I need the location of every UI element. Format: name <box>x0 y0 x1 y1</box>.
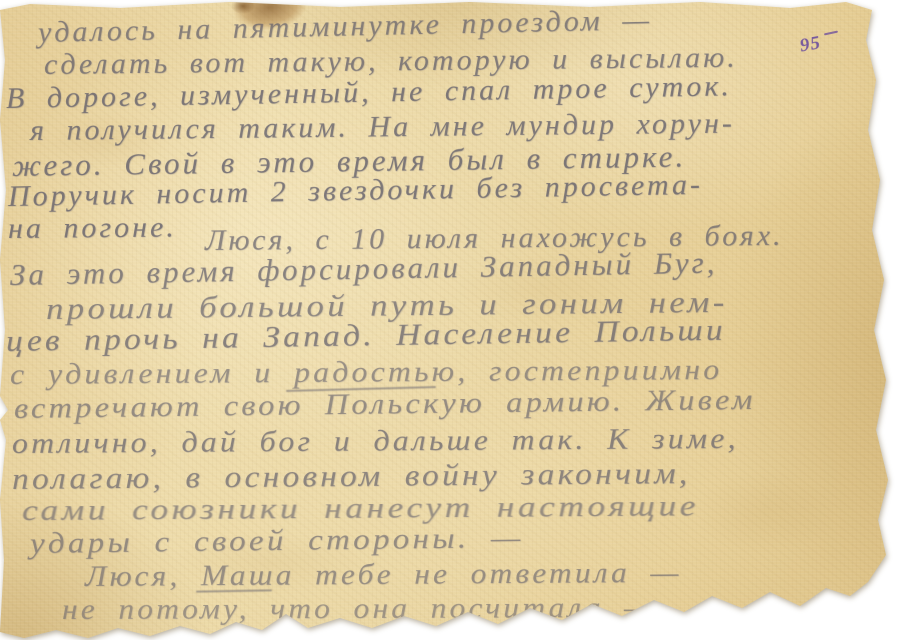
letter-line: удары с своей стороны. — <box>30 521 524 561</box>
letter-line: не потому, что она посчитала — <box>62 591 655 627</box>
letter-line: Люся, Маша тебе не ответила — <box>85 556 682 594</box>
archival-page-number: 95 <box>798 32 823 57</box>
page-background: { "document": { "kind": "handwritten-let… <box>0 0 900 640</box>
scanned-letter: 95 удалось на пятиминутке проездом — сде… <box>0 0 900 640</box>
letter-line: на погоне. <box>8 211 177 246</box>
letter-paper: 95 удалось на пятиминутке проездом — сде… <box>0 0 900 640</box>
